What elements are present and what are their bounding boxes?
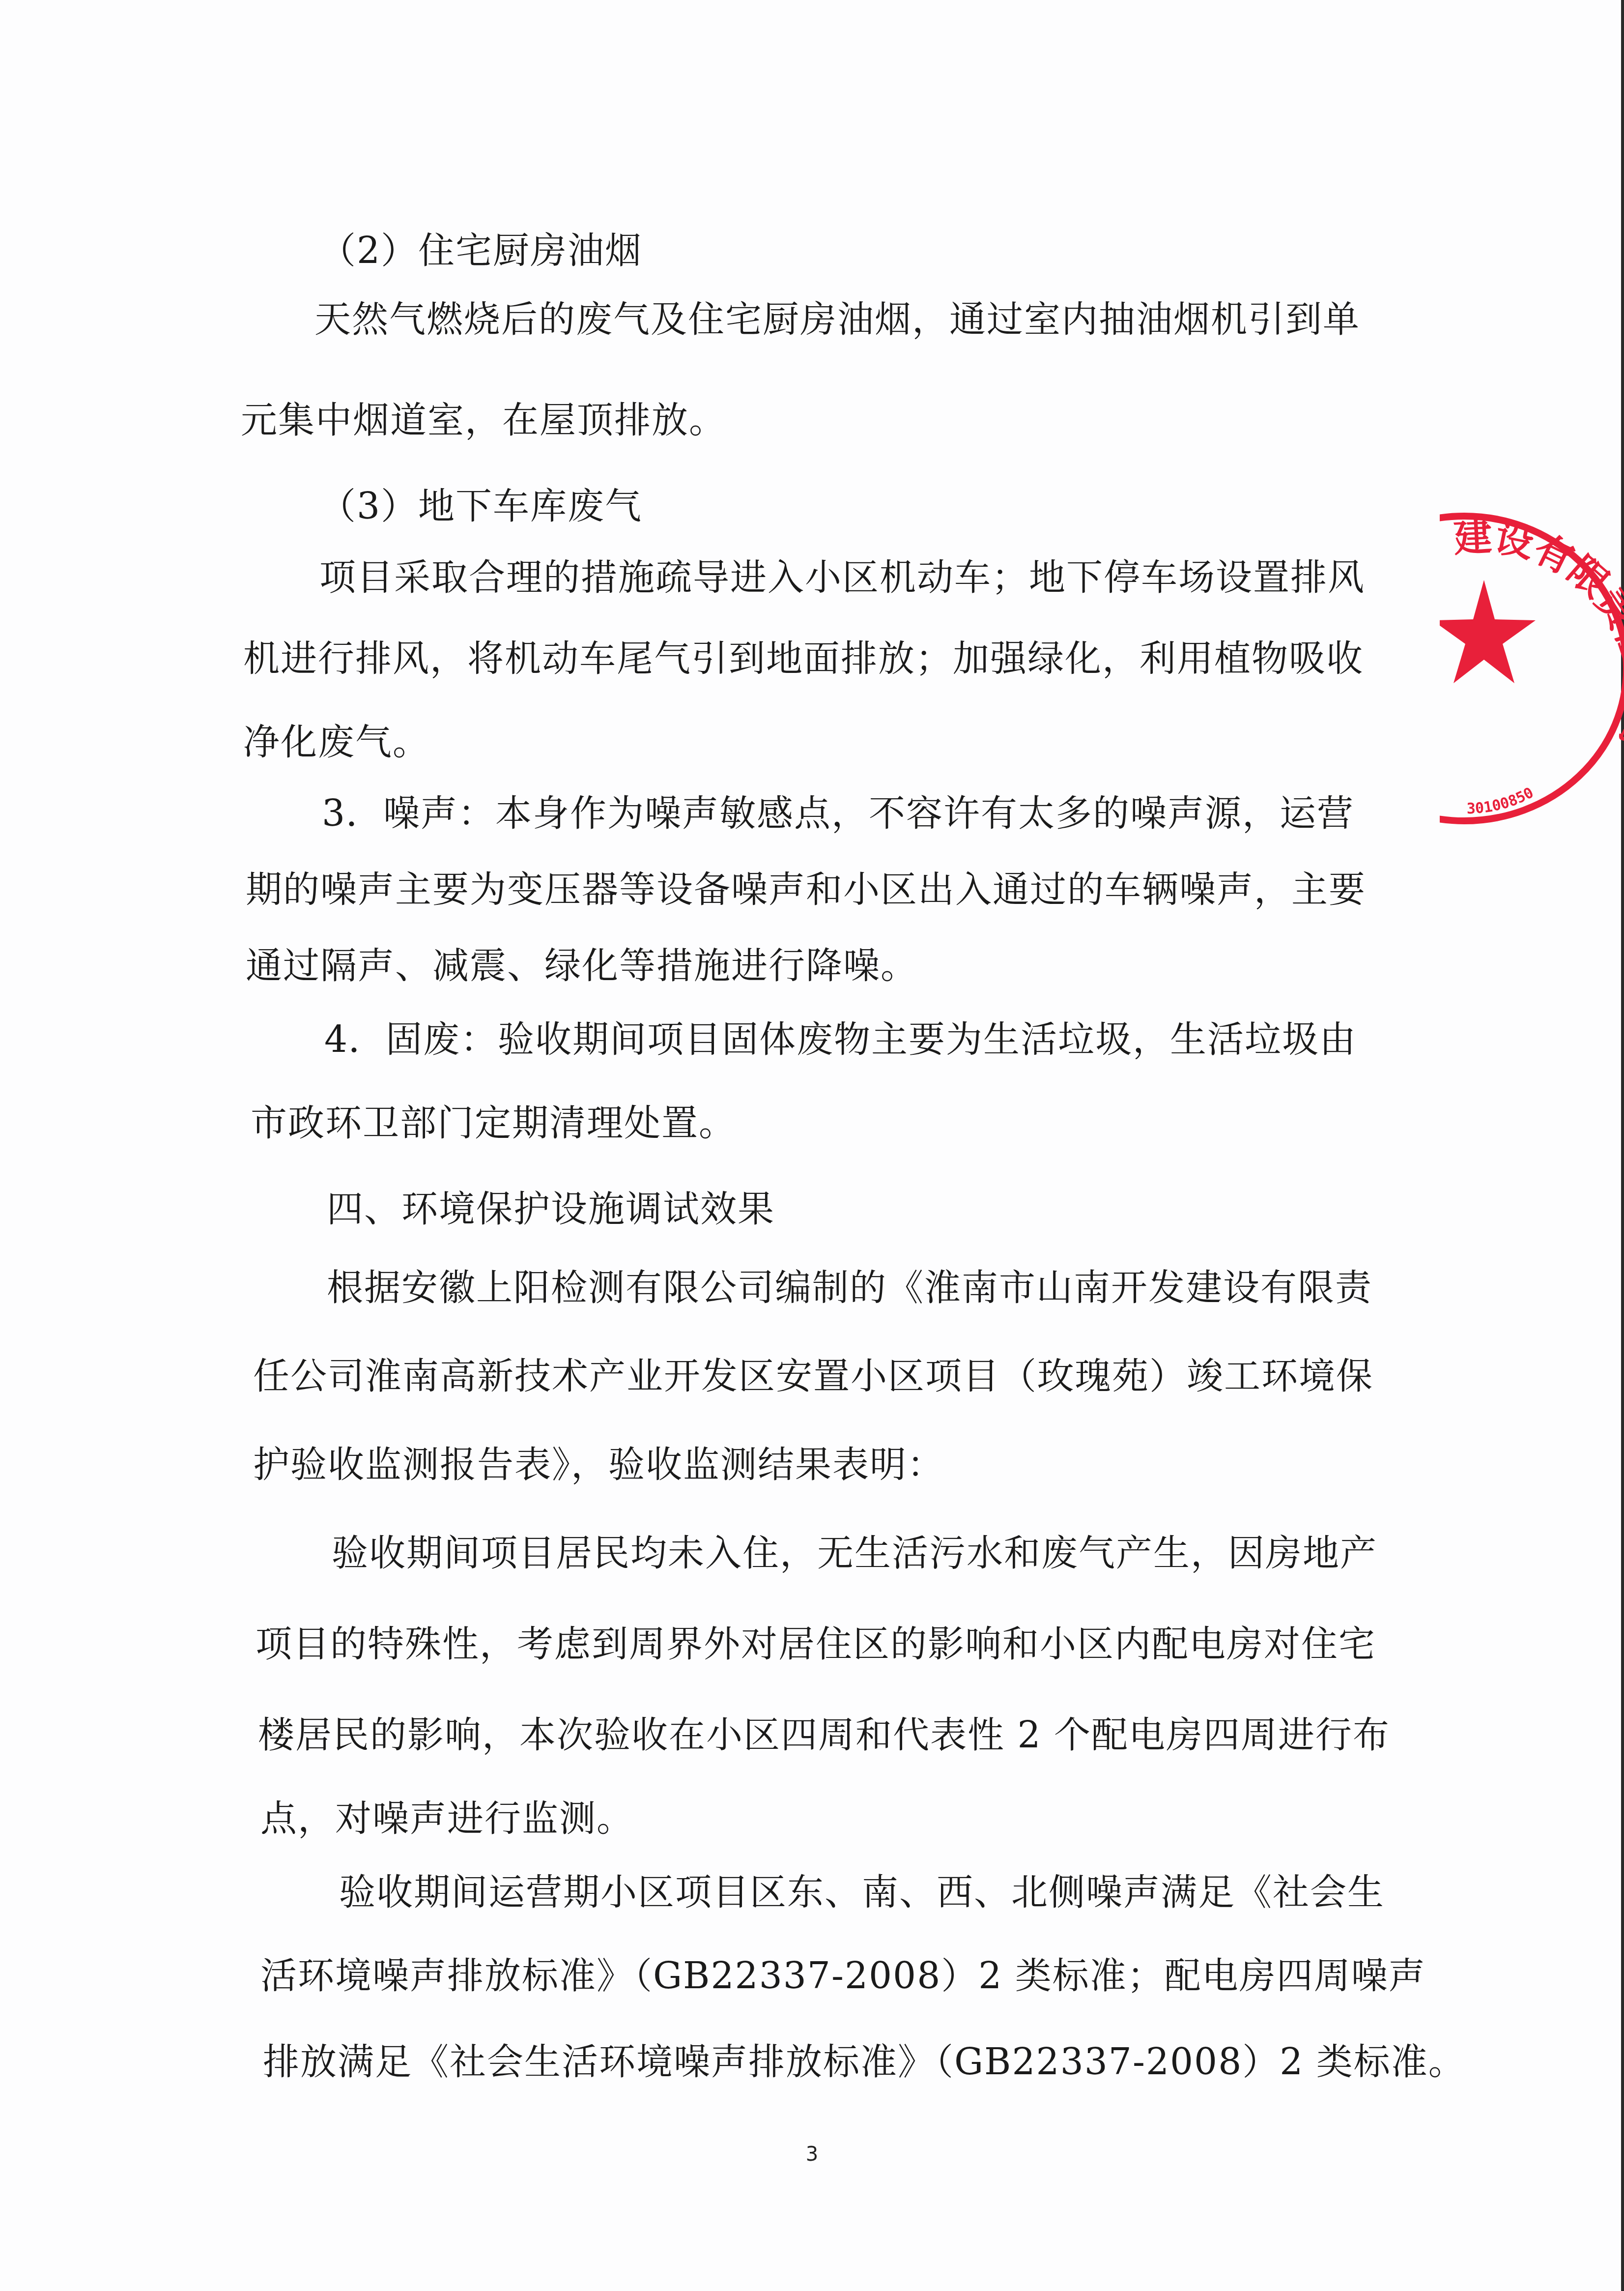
paragraph-line: 任公司淮南高新技术产业开发区安置小区项目（玫瑰苑）竣工环境保 (253, 1354, 1373, 1398)
star-icon (1440, 580, 1536, 683)
paragraph-line: 根据安徽上阳检测有限公司编制的《淮南市山南开发建设有限责 (327, 1266, 1372, 1310)
section-heading-4: 四、环境保护设施调试效果 (327, 1187, 775, 1231)
paragraph-line: 排放满足《社会生活环境噪声排放标准》（GB22337-2008）2 类标准。 (263, 2040, 1466, 2084)
paragraph-line: 活环境噪声排放标准》（GB22337-2008）2 类标准；配电房四周噪声 (260, 1954, 1426, 1998)
paragraph-line: 天然气燃烧后的废气及住宅厨房油烟，通过室内抽油烟机引到单 (314, 297, 1360, 342)
paragraph-line: 项目的特殊性，考虑到周界外对居住区的影响和小区内配电房对住宅 (256, 1622, 1376, 1666)
subheading-garage-exhaust: （3）地下车库废气 (319, 484, 642, 528)
paragraph-line: 元集中烟道室，在屋顶排放。 (241, 398, 726, 442)
paragraph-line: 机进行排风，将机动车尾气引到地面排放；加强绿化，利用植物吸收 (243, 637, 1364, 681)
paragraph-line: 市政环卫部门定期清理处置。 (251, 1101, 736, 1145)
paragraph-line: 验收期间项目居民均未入住，无生活污水和废气产生，因房地产 (332, 1531, 1377, 1575)
paragraph-line: 验收期间运营期小区项目区东、南、西、北侧噪声满足《社会生 (339, 1870, 1385, 1914)
page-number: 3 (0, 2143, 1624, 2166)
paragraph-line: 期的噪声主要为变压器等设备噪声和小区出入通过的车辆噪声，主要 (246, 868, 1366, 912)
company-seal: 建设有限责任公司 30100850 (1440, 506, 1624, 831)
scan-edge (1621, 0, 1624, 2291)
section-noise: 3．噪声：本身作为噪声敏感点，不容许有太多的噪声源，运营 (322, 791, 1354, 836)
paragraph-line: 楼居民的影响，本次验收在小区四周和代表性 2 个配电房四周进行布 (258, 1713, 1390, 1757)
seal-stamp-icon: 建设有限责任公司 30100850 (1440, 506, 1624, 831)
paragraph-line: 项目采取合理的措施疏导进入小区机动车；地下停车场设置排风 (319, 555, 1365, 600)
paragraph-line: 点，对噪声进行监测。 (260, 1797, 634, 1841)
paragraph-line: 通过隔声、减震、绿化等措施进行降噪。 (246, 944, 918, 988)
paragraph-line: 净化废气。 (243, 720, 430, 764)
subheading-kitchen-fumes: （2）住宅厨房油烟 (319, 229, 642, 273)
section-solid-waste: 4．固废：验收期间项目固体废物主要为生活垃圾，生活垃圾由 (324, 1017, 1357, 1062)
paragraph-line: 护验收监测报告表》，验收监测结果表明： (253, 1443, 944, 1487)
